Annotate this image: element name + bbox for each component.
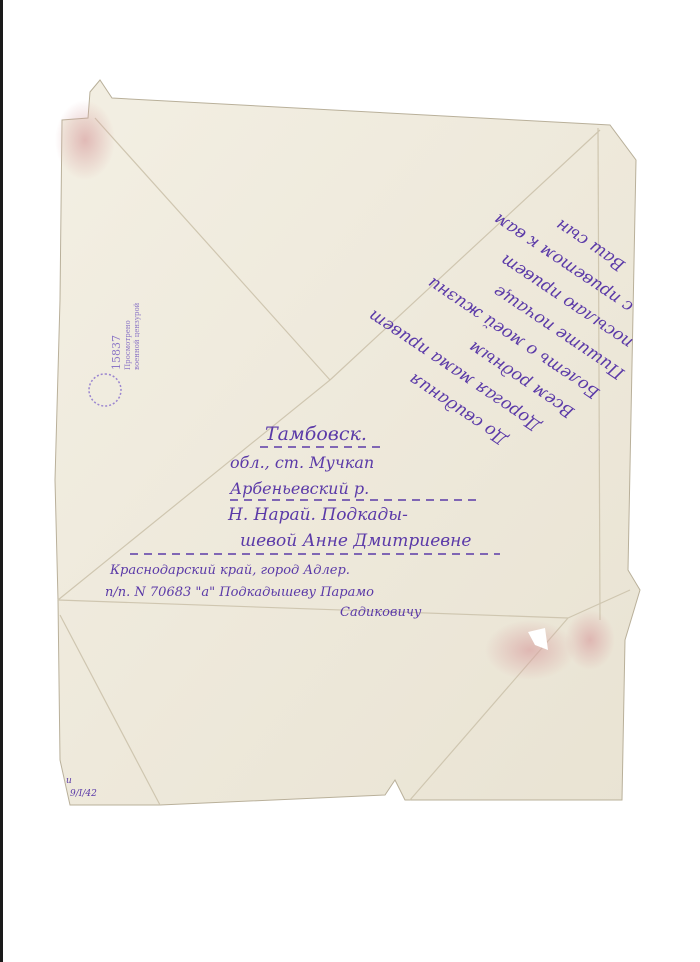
svg-text:шевой Анне Дмитриевне: шевой Анне Дмитриевне <box>240 531 471 551</box>
svg-text:Садиковичу: Садиковичу <box>340 605 422 620</box>
svg-text:Н. Нарай. Подкады-: Н. Нарай. Подкады- <box>227 505 408 525</box>
svg-text:п/п. N 70683 "а" Подкадышеву П: п/п. N 70683 "а" Подкадышеву Парамо <box>105 585 374 600</box>
stain <box>55 100 115 180</box>
svg-text:обл., ст. Мучкап: обл., ст. Мучкап <box>230 453 374 472</box>
svg-text:u: u <box>66 776 72 786</box>
svg-text:Тамбовск.: Тамбовск. <box>265 423 367 445</box>
svg-text:Краснодарский край, город Адле: Краснодарский край, город Адлер. <box>109 563 350 578</box>
svg-text:9/I/42: 9/I/42 <box>70 789 97 799</box>
svg-text:Просмотрено: Просмотрено <box>124 320 132 370</box>
stain <box>565 610 615 670</box>
svg-text:военной цензурой: военной цензурой <box>133 302 141 370</box>
stain <box>485 620 575 680</box>
folded-letter: До свидания Дорогая мама привет Всем род… <box>0 0 700 962</box>
svg-text:15837: 15837 <box>110 335 123 370</box>
svg-text:Арбеньевский р.: Арбеньевский р. <box>229 479 369 498</box>
